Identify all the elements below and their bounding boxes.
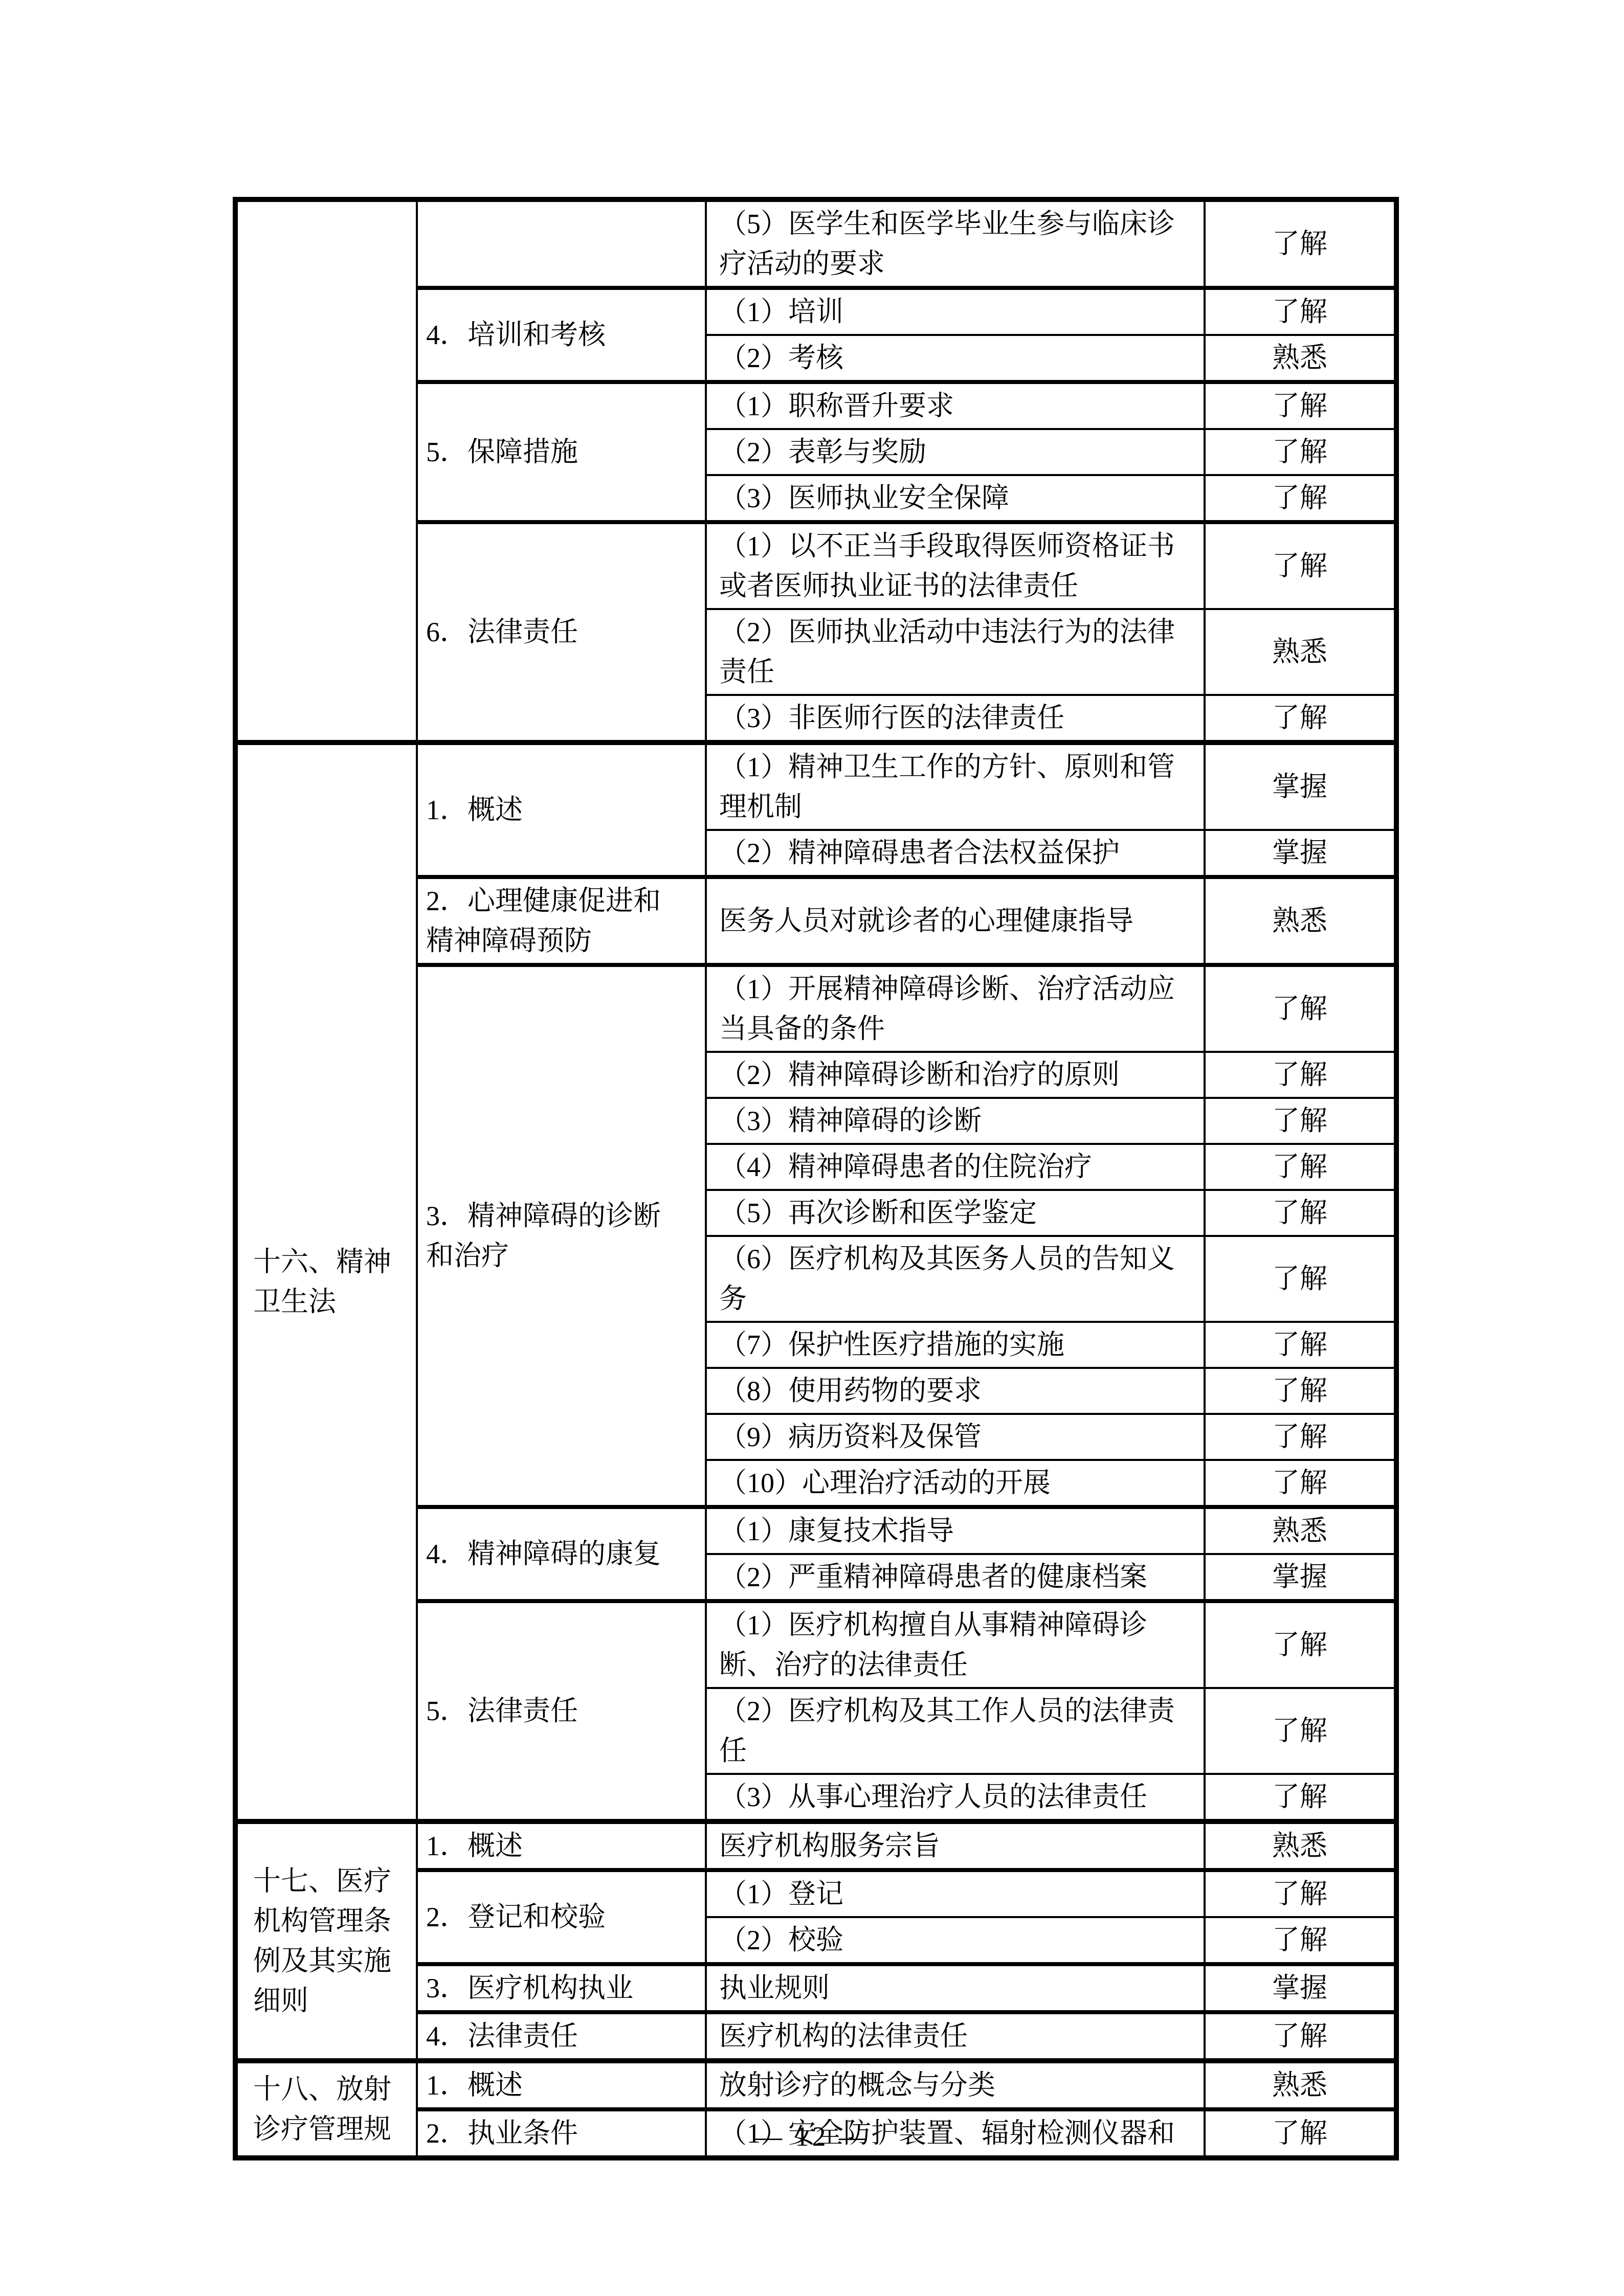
level-cell: 了解 xyxy=(1205,1774,1396,1821)
item-cell: （8）使用药物的要求 xyxy=(706,1368,1205,1414)
level-cell: 了解 xyxy=(1205,1190,1396,1236)
chapter-cell: 十七、医疗 机构管理条 例及其实施 细则 xyxy=(235,1821,417,2061)
level-cell: 熟悉 xyxy=(1205,2061,1396,2109)
level-cell: 了解 xyxy=(1205,2012,1396,2061)
section-cell xyxy=(417,199,706,288)
syllabus-table: （5）医学生和医学毕业生参与临床诊疗活动的要求了解4．培训和考核（1）培训了解（… xyxy=(233,197,1399,2160)
section-cell: 2．心理健康促进和 精神障碍预防 xyxy=(417,877,706,965)
item-cell: （9）病历资料及保管 xyxy=(706,1414,1205,1460)
section-cell: 5．法律责任 xyxy=(417,1601,706,1821)
item-cell: （2）校验 xyxy=(706,1917,1205,1964)
section-cell: 4．精神障碍的康复 xyxy=(417,1507,706,1601)
item-cell: （2）精神障碍患者合法权益保护 xyxy=(706,830,1205,877)
section-cell: 1．概述 xyxy=(417,1821,706,1870)
item-cell: （1）医疗机构擅自从事精神障碍诊断、治疗的法律责任 xyxy=(706,1601,1205,1688)
item-cell: （2）表彰与奖励 xyxy=(706,429,1205,475)
item-cell: （6）医疗机构及其医务人员的告知义务 xyxy=(706,1236,1205,1322)
item-cell: 医疗机构服务宗旨 xyxy=(706,1821,1205,1870)
level-cell: 了解 xyxy=(1205,1236,1396,1322)
item-cell: 医务人员对就诊者的心理健康指导 xyxy=(706,877,1205,965)
section-cell: 3．精神障碍的诊断 和治疗 xyxy=(417,965,706,1507)
item-cell: 医疗机构的法律责任 xyxy=(706,2012,1205,2061)
item-cell: 执业规则 xyxy=(706,1964,1205,2012)
item-cell: （2）考核 xyxy=(706,335,1205,382)
level-cell: 掌握 xyxy=(1205,1554,1396,1601)
table-row: 十七、医疗 机构管理条 例及其实施 细则1．概述医疗机构服务宗旨熟悉 xyxy=(235,1821,1396,1870)
level-cell: 了解 xyxy=(1205,429,1396,475)
item-cell: （3）医师执业安全保障 xyxy=(706,475,1205,522)
table-row: 十八、放射 诊疗管理规1．概述放射诊疗的概念与分类熟悉 xyxy=(235,2061,1396,2109)
item-cell: （1）康复技术指导 xyxy=(706,1507,1205,1554)
level-cell: 了解 xyxy=(1205,1414,1396,1460)
item-cell: 放射诊疗的概念与分类 xyxy=(706,2061,1205,2109)
document-page: （5）医学生和医学毕业生参与临床诊疗活动的要求了解4．培训和考核（1）培训了解（… xyxy=(0,0,1624,2296)
item-cell: （1）以不正当手段取得医师资格证书或者医师执业证书的法律责任 xyxy=(706,522,1205,609)
level-cell: 了解 xyxy=(1205,288,1396,335)
level-cell: 了解 xyxy=(1205,1601,1396,1688)
item-cell: （3）非医师行医的法律责任 xyxy=(706,695,1205,742)
item-cell: （1）开展精神障碍诊断、治疗活动应当具备的条件 xyxy=(706,965,1205,1052)
level-cell: 了解 xyxy=(1205,1917,1396,1964)
item-cell: （2）医师执业活动中违法行为的法律责任 xyxy=(706,609,1205,695)
section-cell: 4．培训和考核 xyxy=(417,288,706,382)
section-cell: 5．保障措施 xyxy=(417,382,706,522)
level-cell: 熟悉 xyxy=(1205,1821,1396,1870)
item-cell: （3）从事心理治疗人员的法律责任 xyxy=(706,1774,1205,1821)
level-cell: 了解 xyxy=(1205,199,1396,288)
level-cell: 了解 xyxy=(1205,1460,1396,1507)
level-cell: 了解 xyxy=(1205,695,1396,742)
level-cell: 了解 xyxy=(1205,475,1396,522)
item-cell: （2）精神障碍诊断和治疗的原则 xyxy=(706,1052,1205,1098)
level-cell: 熟悉 xyxy=(1205,1507,1396,1554)
section-cell: 6．法律责任 xyxy=(417,522,706,742)
level-cell: 了解 xyxy=(1205,1144,1396,1190)
level-cell: 了解 xyxy=(1205,1688,1396,1774)
level-cell: 了解 xyxy=(1205,1322,1396,1368)
item-cell: （5）医学生和医学毕业生参与临床诊疗活动的要求 xyxy=(706,199,1205,288)
level-cell: 掌握 xyxy=(1205,1964,1396,2012)
item-cell: （7）保护性医疗措施的实施 xyxy=(706,1322,1205,1368)
item-cell: （10）心理治疗活动的开展 xyxy=(706,1460,1205,1507)
item-cell: （1）培训 xyxy=(706,288,1205,335)
page-number: — 12 — xyxy=(0,2121,1624,2152)
item-cell: （1）精神卫生工作的方针、原则和管理机制 xyxy=(706,742,1205,830)
section-cell: 1．概述 xyxy=(417,742,706,877)
level-cell: 了解 xyxy=(1205,1870,1396,1917)
level-cell: 熟悉 xyxy=(1205,877,1396,965)
level-cell: 了解 xyxy=(1205,965,1396,1052)
section-cell: 4．法律责任 xyxy=(417,2012,706,2061)
section-cell: 2．登记和校验 xyxy=(417,1870,706,1964)
level-cell: 了解 xyxy=(1205,1052,1396,1098)
level-cell: 了解 xyxy=(1205,382,1396,429)
item-cell: （4）精神障碍患者的住院治疗 xyxy=(706,1144,1205,1190)
level-cell: 熟悉 xyxy=(1205,335,1396,382)
level-cell: 掌握 xyxy=(1205,830,1396,877)
item-cell: （1）登记 xyxy=(706,1870,1205,1917)
section-cell: 3．医疗机构执业 xyxy=(417,1964,706,2012)
level-cell: 了解 xyxy=(1205,1368,1396,1414)
item-cell: （3）精神障碍的诊断 xyxy=(706,1098,1205,1144)
item-cell: （2）严重精神障碍患者的健康档案 xyxy=(706,1554,1205,1601)
level-cell: 熟悉 xyxy=(1205,609,1396,695)
chapter-cell: 十六、精神 卫生法 xyxy=(235,742,417,1821)
item-cell: （5）再次诊断和医学鉴定 xyxy=(706,1190,1205,1236)
table-row: 十六、精神 卫生法1．概述（1）精神卫生工作的方针、原则和管理机制掌握 xyxy=(235,742,1396,830)
item-cell: （1）职称晋升要求 xyxy=(706,382,1205,429)
table-row: （5）医学生和医学毕业生参与临床诊疗活动的要求了解 xyxy=(235,199,1396,288)
syllabus-table-body: （5）医学生和医学毕业生参与临床诊疗活动的要求了解4．培训和考核（1）培训了解（… xyxy=(235,199,1396,2158)
item-cell: （2）医疗机构及其工作人员的法律责任 xyxy=(706,1688,1205,1774)
section-cell: 1．概述 xyxy=(417,2061,706,2109)
level-cell: 了解 xyxy=(1205,1098,1396,1144)
level-cell: 了解 xyxy=(1205,522,1396,609)
level-cell: 掌握 xyxy=(1205,742,1396,830)
chapter-cell xyxy=(235,199,417,742)
